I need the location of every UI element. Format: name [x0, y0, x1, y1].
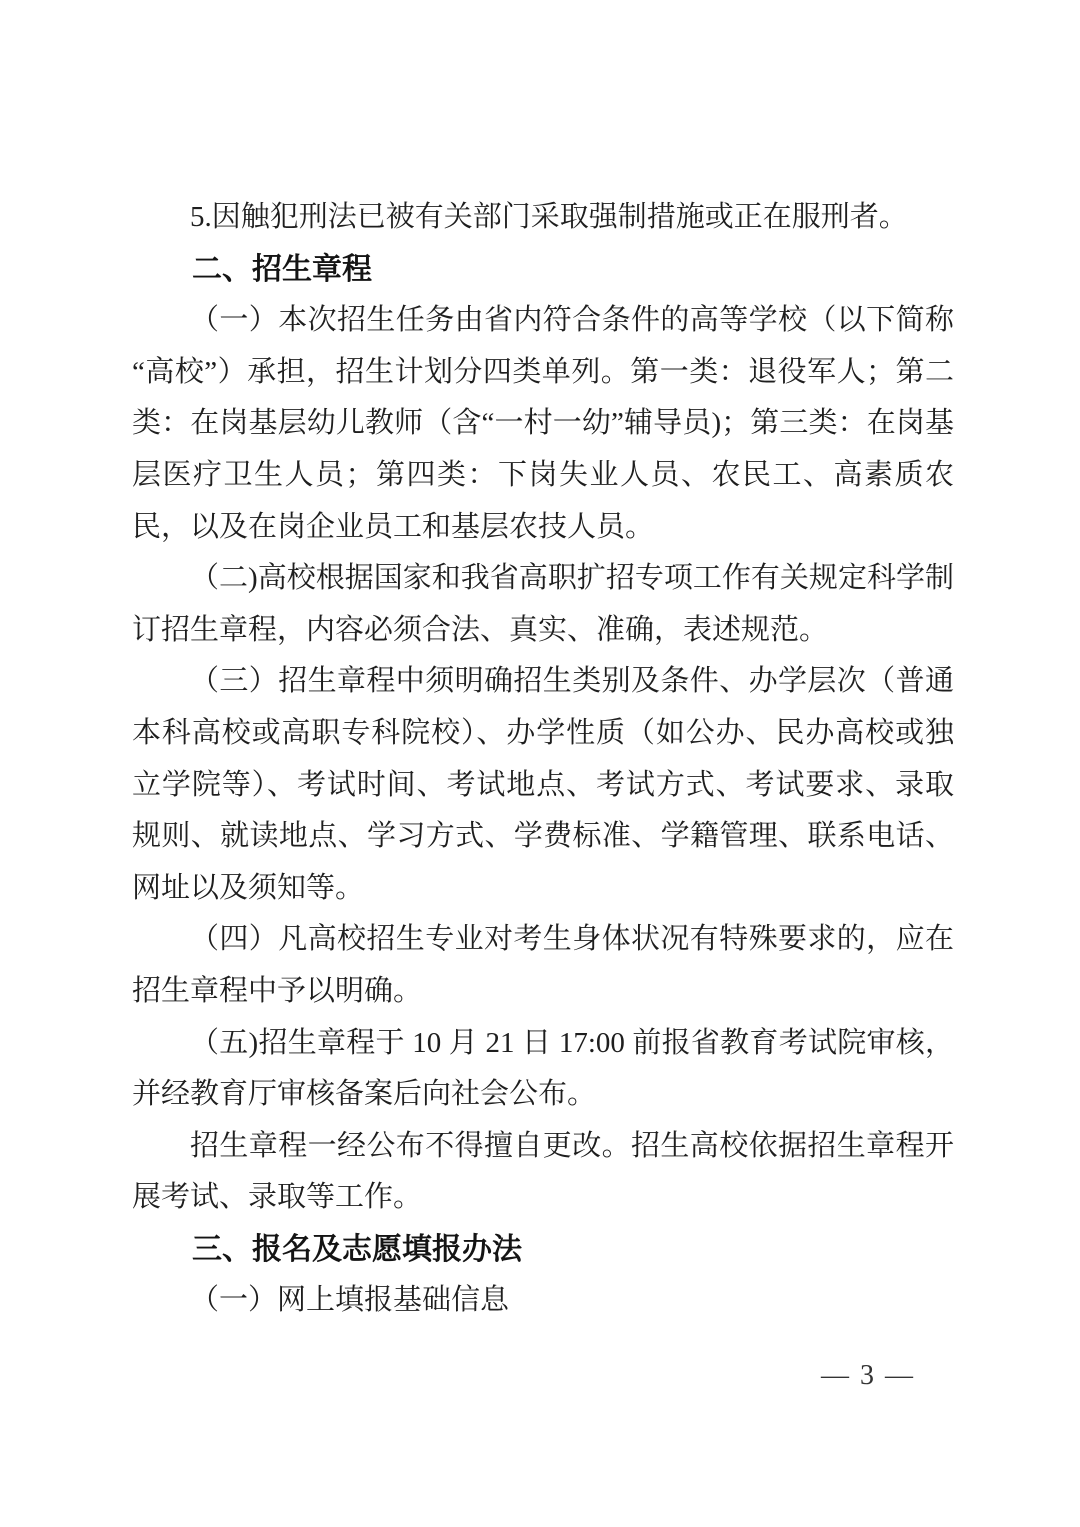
paragraph-charter-no-alteration: 招生章程一经公布不得擅自更改。招生高校依据招生章程开展考试、录取等工作。 [132, 1121, 954, 1224]
paragraph-online-basic-info: （一）网上填报基础信息 [132, 1275, 954, 1327]
page-number: — 3 — [132, 1360, 954, 1392]
document-page: 5.因触犯刑法已被有关部门采取强制措施或正在服刑者。 二、招生章程 （一）本次招… [0, 0, 1080, 1527]
paragraph-charter-5-review-deadline: （五)招生章程于 10 月 21 日 17:00 前报省教育考试院审核，并经教育… [132, 1018, 954, 1121]
paragraph-charter-4-physical-requirements: （四）凡高校招生专业对考生身体状况有特殊要求的，应在招生章程中予以明确。 [132, 914, 954, 1017]
paragraph-item-5-criminal-law: 5.因触犯刑法已被有关部门采取强制措施或正在服刑者。 [132, 192, 954, 244]
document-body: 5.因触犯刑法已被有关部门采取强制措施或正在服刑者。 二、招生章程 （一）本次招… [132, 192, 954, 1327]
paragraph-charter-3-required-contents: （三）招生章程中须明确招生类别及条件、办学层次（普通本科高校或高职专科院校）、办… [132, 656, 954, 914]
section-heading-2-enrollment-charter: 二、招生章程 [132, 244, 954, 296]
section-heading-3-registration-method: 三、报名及志愿填报办法 [132, 1224, 954, 1276]
paragraph-charter-1-task-categories: （一）本次招生任务由省内符合条件的高等学校（以下简称“高校”）承担，招生计划分四… [132, 295, 954, 553]
paragraph-charter-2-formulation: （二)高校根据国家和我省高职扩招专项工作有关规定科学制订招生章程，内容必须合法、… [132, 553, 954, 656]
